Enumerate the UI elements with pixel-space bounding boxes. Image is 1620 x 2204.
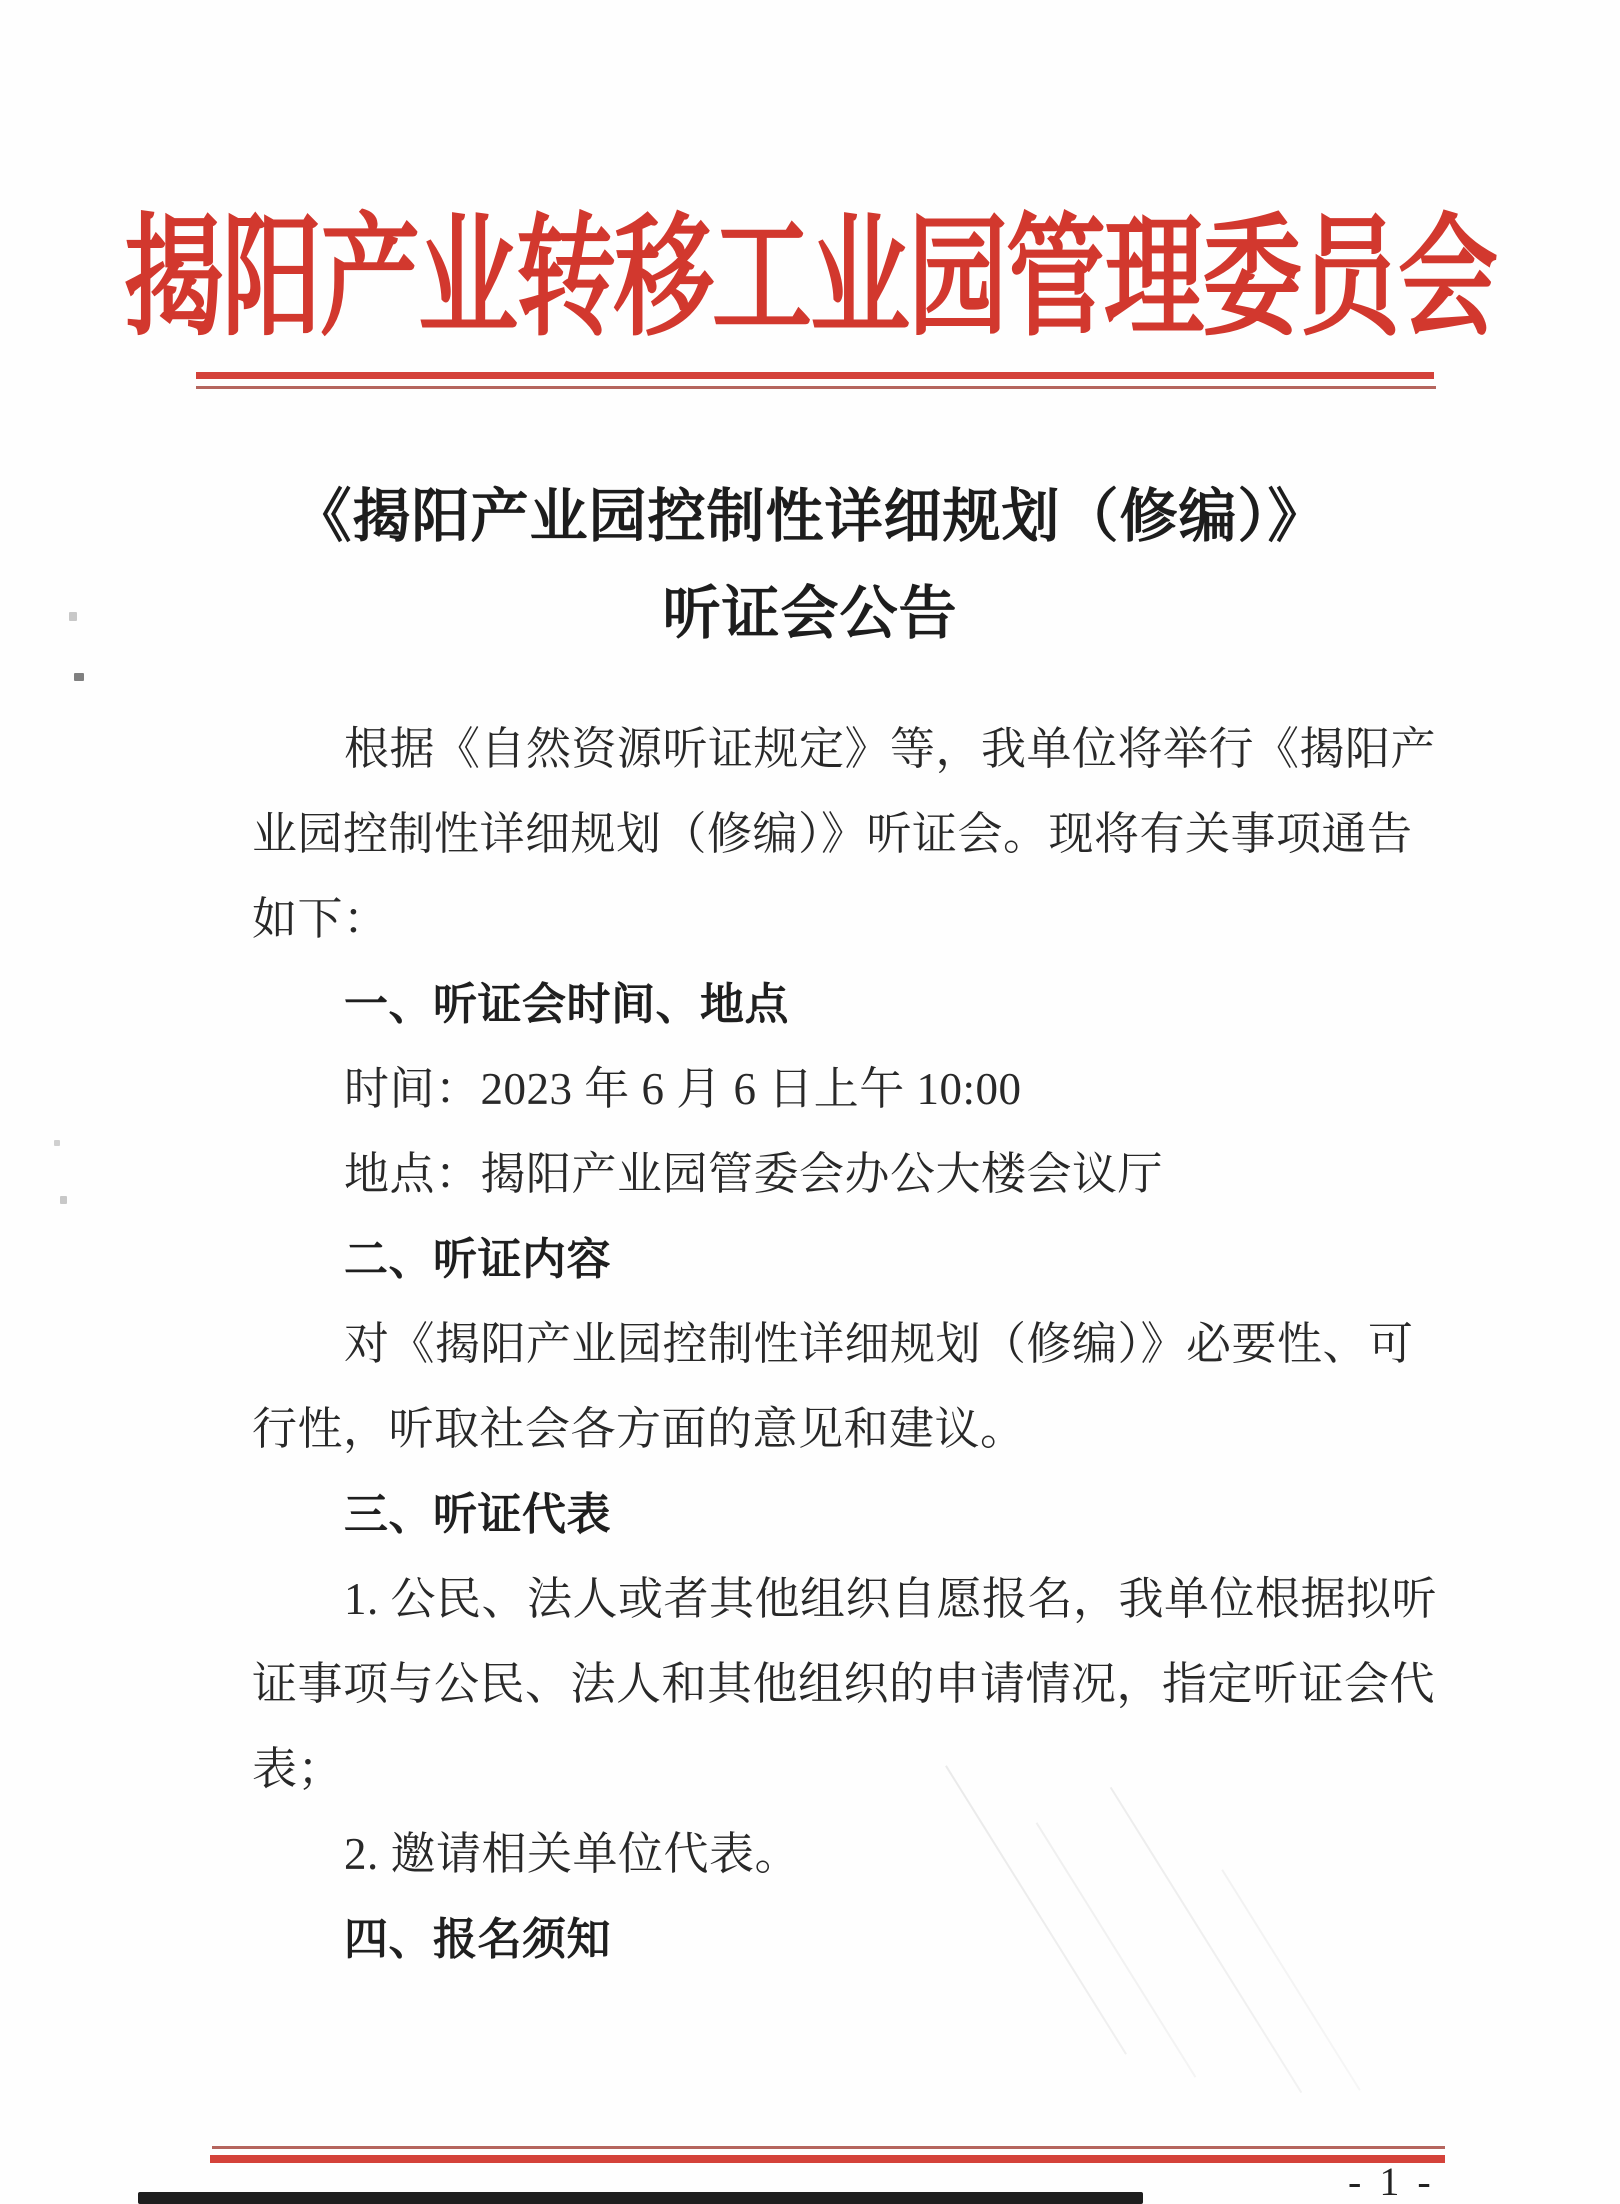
scan-speck	[69, 612, 77, 621]
body-line: 如下：	[252, 877, 1442, 962]
scan-speck	[54, 1140, 60, 1146]
body-line: 根据《自然资源听证规定》等，我单位将举行《揭阳产	[252, 707, 1442, 792]
page-number: - 1 -	[1348, 2158, 1435, 2204]
body-line: 对《揭阳产业园控制性详细规划（修编）》必要性、可	[252, 1302, 1442, 1387]
body-line: 业园控制性详细规划（修编）》听证会。现将有关事项通告	[252, 792, 1442, 877]
document-title-line2: 听证会公告	[0, 565, 1620, 662]
scan-speck	[74, 673, 84, 681]
letterhead-rule-thin	[196, 386, 1436, 389]
footer-rule-thick	[210, 2155, 1445, 2163]
hearing-time-line: 时间：2023 年 6 月 6 日上午 10:00	[252, 1047, 1442, 1132]
document-title: 《揭阳产业园控制性详细规划（修编）》 听证会公告	[0, 468, 1620, 662]
scan-edge-shadow	[138, 2192, 1143, 2204]
body-line: 2. 邀请相关单位代表。	[252, 1812, 1442, 1897]
body-line: 表；	[252, 1727, 1442, 1812]
section-heading-3: 三、听证代表	[252, 1472, 1442, 1557]
scan-speck	[60, 1196, 67, 1204]
body-line: 证事项与公民、法人和其他组织的申请情况，指定听证会代	[252, 1642, 1442, 1727]
letterhead-title: 揭阳产业转移工业园管理委员会	[0, 212, 1620, 347]
section-heading-2: 二、听证内容	[252, 1217, 1442, 1302]
scanned-document-page: 揭阳产业转移工业园管理委员会 《揭阳产业园控制性详细规划（修编）》 听证会公告 …	[0, 0, 1620, 2204]
body-line: 行性，听取社会各方面的意见和建议。	[252, 1387, 1442, 1472]
document-title-line1: 《揭阳产业园控制性详细规划（修编）》	[0, 468, 1620, 565]
hearing-location-line: 地点：揭阳产业园管委会办公大楼会议厅	[252, 1132, 1442, 1217]
footer-rule-thin	[212, 2146, 1445, 2149]
section-heading-4: 四、报名须知	[252, 1897, 1442, 1982]
letterhead-rule-thick	[196, 372, 1434, 379]
section-heading-1: 一、听证会时间、地点	[252, 962, 1442, 1047]
body-line: 1. 公民、法人或者其他组织自愿报名，我单位根据拟听	[252, 1557, 1442, 1642]
document-body: 根据《自然资源听证规定》等，我单位将举行《揭阳产 业园控制性详细规划（修编）》听…	[252, 707, 1442, 1982]
